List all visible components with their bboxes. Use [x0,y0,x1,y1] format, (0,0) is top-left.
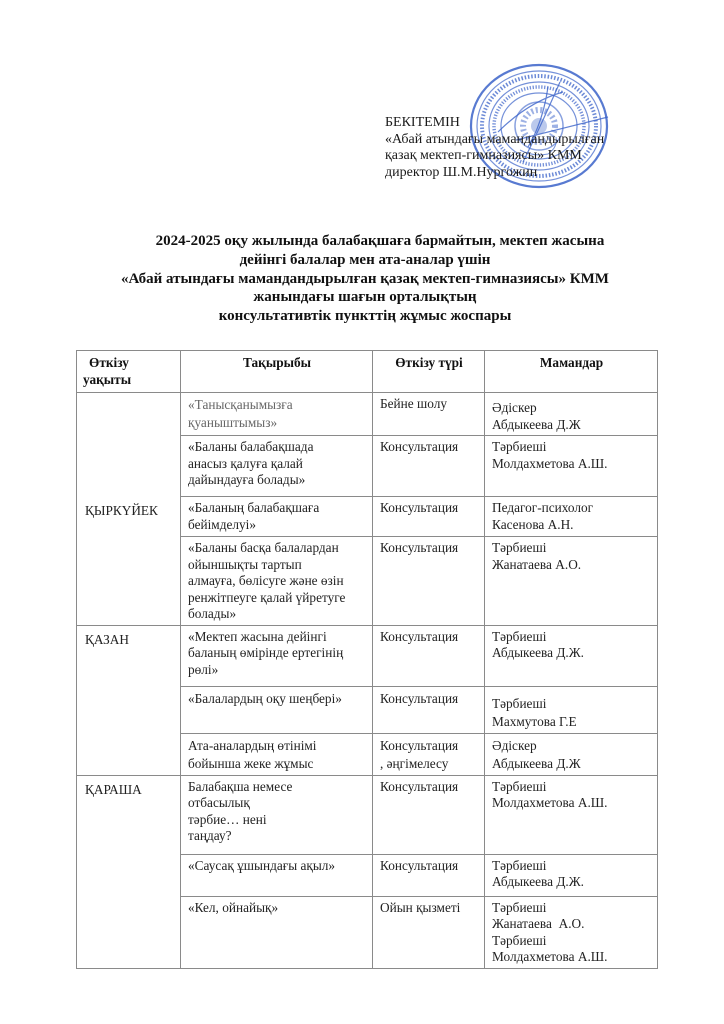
specialists-line: Жанатаева А.О. [492,916,651,933]
form-line: Консультация [380,858,478,875]
specialists-line: Тәрбиеші [492,779,651,796]
topic-line: баланың өмірінде ертегінің [188,645,366,662]
form-line: Консультация [380,629,478,646]
table-row: ҚЫРКҮЙЕК«Танысқанымызғақуаныштымыз»Бейне… [77,393,658,436]
table-header-row: Өткізу уақыты Тақырыбы Өткізу түрі Маман… [77,351,658,393]
topic-cell: «Саусақ ұшындағы ақыл» [181,854,373,896]
topic-line: «Саусақ ұшындағы ақыл» [188,858,366,875]
approval-line: БЕКІТЕМІН [385,115,604,132]
specialists-cell: ТәрбиешіМахмутова Г.Е [485,686,658,733]
form-cell: Консультация [373,497,485,537]
specialists-cell: ТәрбиешіЖанатаева А.О. [485,537,658,626]
specialists-line: Тәрбиеші [492,858,651,875]
form-cell: Ойын қызметі [373,896,485,968]
table-row: ҚАРАШАБалабақша немесеотбасылықтәрбие… н… [77,775,658,854]
specialists-cell: ТәрбиешіАбдыкеева Д.Ж. [485,625,658,686]
specialists-cell: ӘдіскерАбдыкеева Д.Ж [485,393,658,436]
form-cell: Консультация [373,775,485,854]
topic-line: Ата-аналардың өтінімі [188,737,366,755]
specialists-cell: ТәрбиешіМолдахметова А.Ш. [485,436,658,497]
topic-line: «Баланы басқа балалардан [188,540,366,557]
form-cell: Консультация [373,537,485,626]
title-line: 2024-2025 оқу жылында балабақшаға бармай… [70,232,660,251]
topic-cell: Балабақша немесеотбасылықтәрбие… ненітаң… [181,775,373,854]
topic-cell: «Мектеп жасына дейінгібаланың өмірінде е… [181,625,373,686]
topic-line: таңдау? [188,828,366,845]
specialists-line: Махмутова Г.Е [492,713,651,731]
specialists-cell: ӘдіскерАбдыкеева Д.Ж [485,733,658,775]
title-line: дейінгі балалар мен ата-аналар үшін [70,251,660,270]
table-row: ҚАЗАН«Мектеп жасына дейінгібаланың өмірі… [77,625,658,686]
specialists-line: Абдыкеева Д.Ж. [492,874,651,891]
form-line: Бейне шолу [380,396,478,413]
topic-cell: Ата-аналардың өтінімібойынша жеке жұмыс [181,733,373,775]
form-line: , әңгімелесу [380,755,478,773]
topic-line: тәрбие… нені [188,812,366,829]
form-cell: Консультация [373,686,485,733]
specialists-line: Касенова А.Н. [492,517,651,534]
specialists-cell: ТәрбиешіМолдахметова А.Ш. [485,775,658,854]
specialists-line: Тәрбиеші [492,540,651,557]
approval-line: «Абай атындағы мамандандырылған [385,132,604,149]
topic-line: отбасылық [188,795,366,812]
specialists-cell: Педагог-психологКасенова А.Н. [485,497,658,537]
topic-line: қуаныштымыз» [188,414,366,432]
specialists-cell: ТәрбиешіАбдыкеева Д.Ж. [485,854,658,896]
specialists-line: Тәрбиеші [492,900,651,917]
form-line: Консультация [380,779,478,796]
month-cell: ҚАЗАН [77,625,181,775]
form-line: Консультация [380,500,478,517]
topic-line: бейімделуі» [188,517,366,534]
topic-line: «Баланы балабақшада [188,439,366,456]
topic-line: алмауға, бөлісуге және өзін [188,573,366,590]
header-topic: Тақырыбы [181,351,373,393]
topic-line: анасыз қалуға қалай [188,456,366,473]
specialists-line: Абдыкеева Д.Ж. [492,645,651,662]
topic-cell: «Балалардың оқу шеңбері» [181,686,373,733]
specialists-line: Абдыкеева Д.Ж [492,417,651,434]
topic-cell: «Кел, ойнайық» [181,896,373,968]
topic-line: рөлі» [188,662,366,679]
approval-line: қазақ мектеп-гимназиясы» КММ [385,148,604,165]
form-cell: Консультация [373,625,485,686]
header-time-line: Өткізу [83,355,174,372]
topic-line: «Баланың балабақшаға [188,500,366,517]
topic-line: бойынша жеке жұмыс [188,755,366,773]
specialists-line: Тәрбиеші [492,629,651,646]
topic-cell: «Баланы басқа балаларданойыншықты тартып… [181,537,373,626]
specialists-line: Әдіскер [492,400,651,417]
form-cell: Бейне шолу [373,393,485,436]
form-line: Консультация [380,737,478,755]
topic-line: дайындауға болады» [188,472,366,489]
title-line: жанындағы шағын орталықтың [70,288,660,307]
month-cell: ҚЫРКҮЙЕК [77,393,181,626]
topic-line: «Мектеп жасына дейінгі [188,629,366,646]
specialists-line: Молдахметова А.Ш. [492,949,651,966]
topic-line: «Кел, ойнайық» [188,900,366,917]
specialists-line: Тәрбиеші [492,933,651,950]
form-cell: Консультация [373,854,485,896]
topic-line: ренжітпеуге қалай үйретуге [188,590,366,607]
specialists-line: Әдіскер [492,737,651,755]
specialists-line: Молдахметова А.Ш. [492,795,651,812]
title-line: «Абай атындағы мамандандырылған қазақ ме… [70,270,660,289]
specialists-line: Тәрбиеші [492,695,651,713]
form-cell: Консультация, әңгімелесу [373,733,485,775]
topic-cell: «Баланың балабақшағабейімделуі» [181,497,373,537]
header-specialists: Мамандар [485,351,658,393]
form-line: Консультация [380,690,478,708]
month-cell: ҚАРАША [77,775,181,968]
topic-line: «Танысқанымызға [188,396,366,414]
specialists-line: Жанатаева А.О. [492,557,651,574]
work-plan-table: Өткізу уақыты Тақырыбы Өткізу түрі Маман… [76,350,658,969]
specialists-line: Абдыкеева Д.Ж [492,755,651,773]
topic-line: «Балалардың оқу шеңбері» [188,690,366,708]
form-line: Консультация [380,439,478,456]
title-line: консультативтік пункттің жұмыс жоспары [70,307,660,326]
header-time: Өткізу уақыты [77,351,181,393]
topic-line: ойыншықты тартып [188,557,366,574]
header-form: Өткізу түрі [373,351,485,393]
topic-line: болады» [188,606,366,623]
topic-cell: «Баланы балабақшадаанасыз қалуға қалайда… [181,436,373,497]
header-time-line: уақыты [83,372,174,389]
specialists-line: Тәрбиеші [492,439,651,456]
form-line: Консультация [380,540,478,557]
topic-line: Балабақша немесе [188,779,366,796]
specialists-line: Педагог-психолог [492,500,651,517]
specialists-line: Молдахметова А.Ш. [492,456,651,473]
form-line: Ойын қызметі [380,900,478,917]
approval-block: БЕКІТЕМІН «Абай атындағы мамандандырылға… [385,115,604,181]
document-title: 2024-2025 оқу жылында балабақшаға бармай… [70,232,660,326]
form-cell: Консультация [373,436,485,497]
approval-line: директор Ш.М.Нургожин [385,165,604,182]
specialists-cell: ТәрбиешіЖанатаева А.О.ТәрбиешіМолдахмето… [485,896,658,968]
topic-cell: «Танысқанымызғақуаныштымыз» [181,393,373,436]
